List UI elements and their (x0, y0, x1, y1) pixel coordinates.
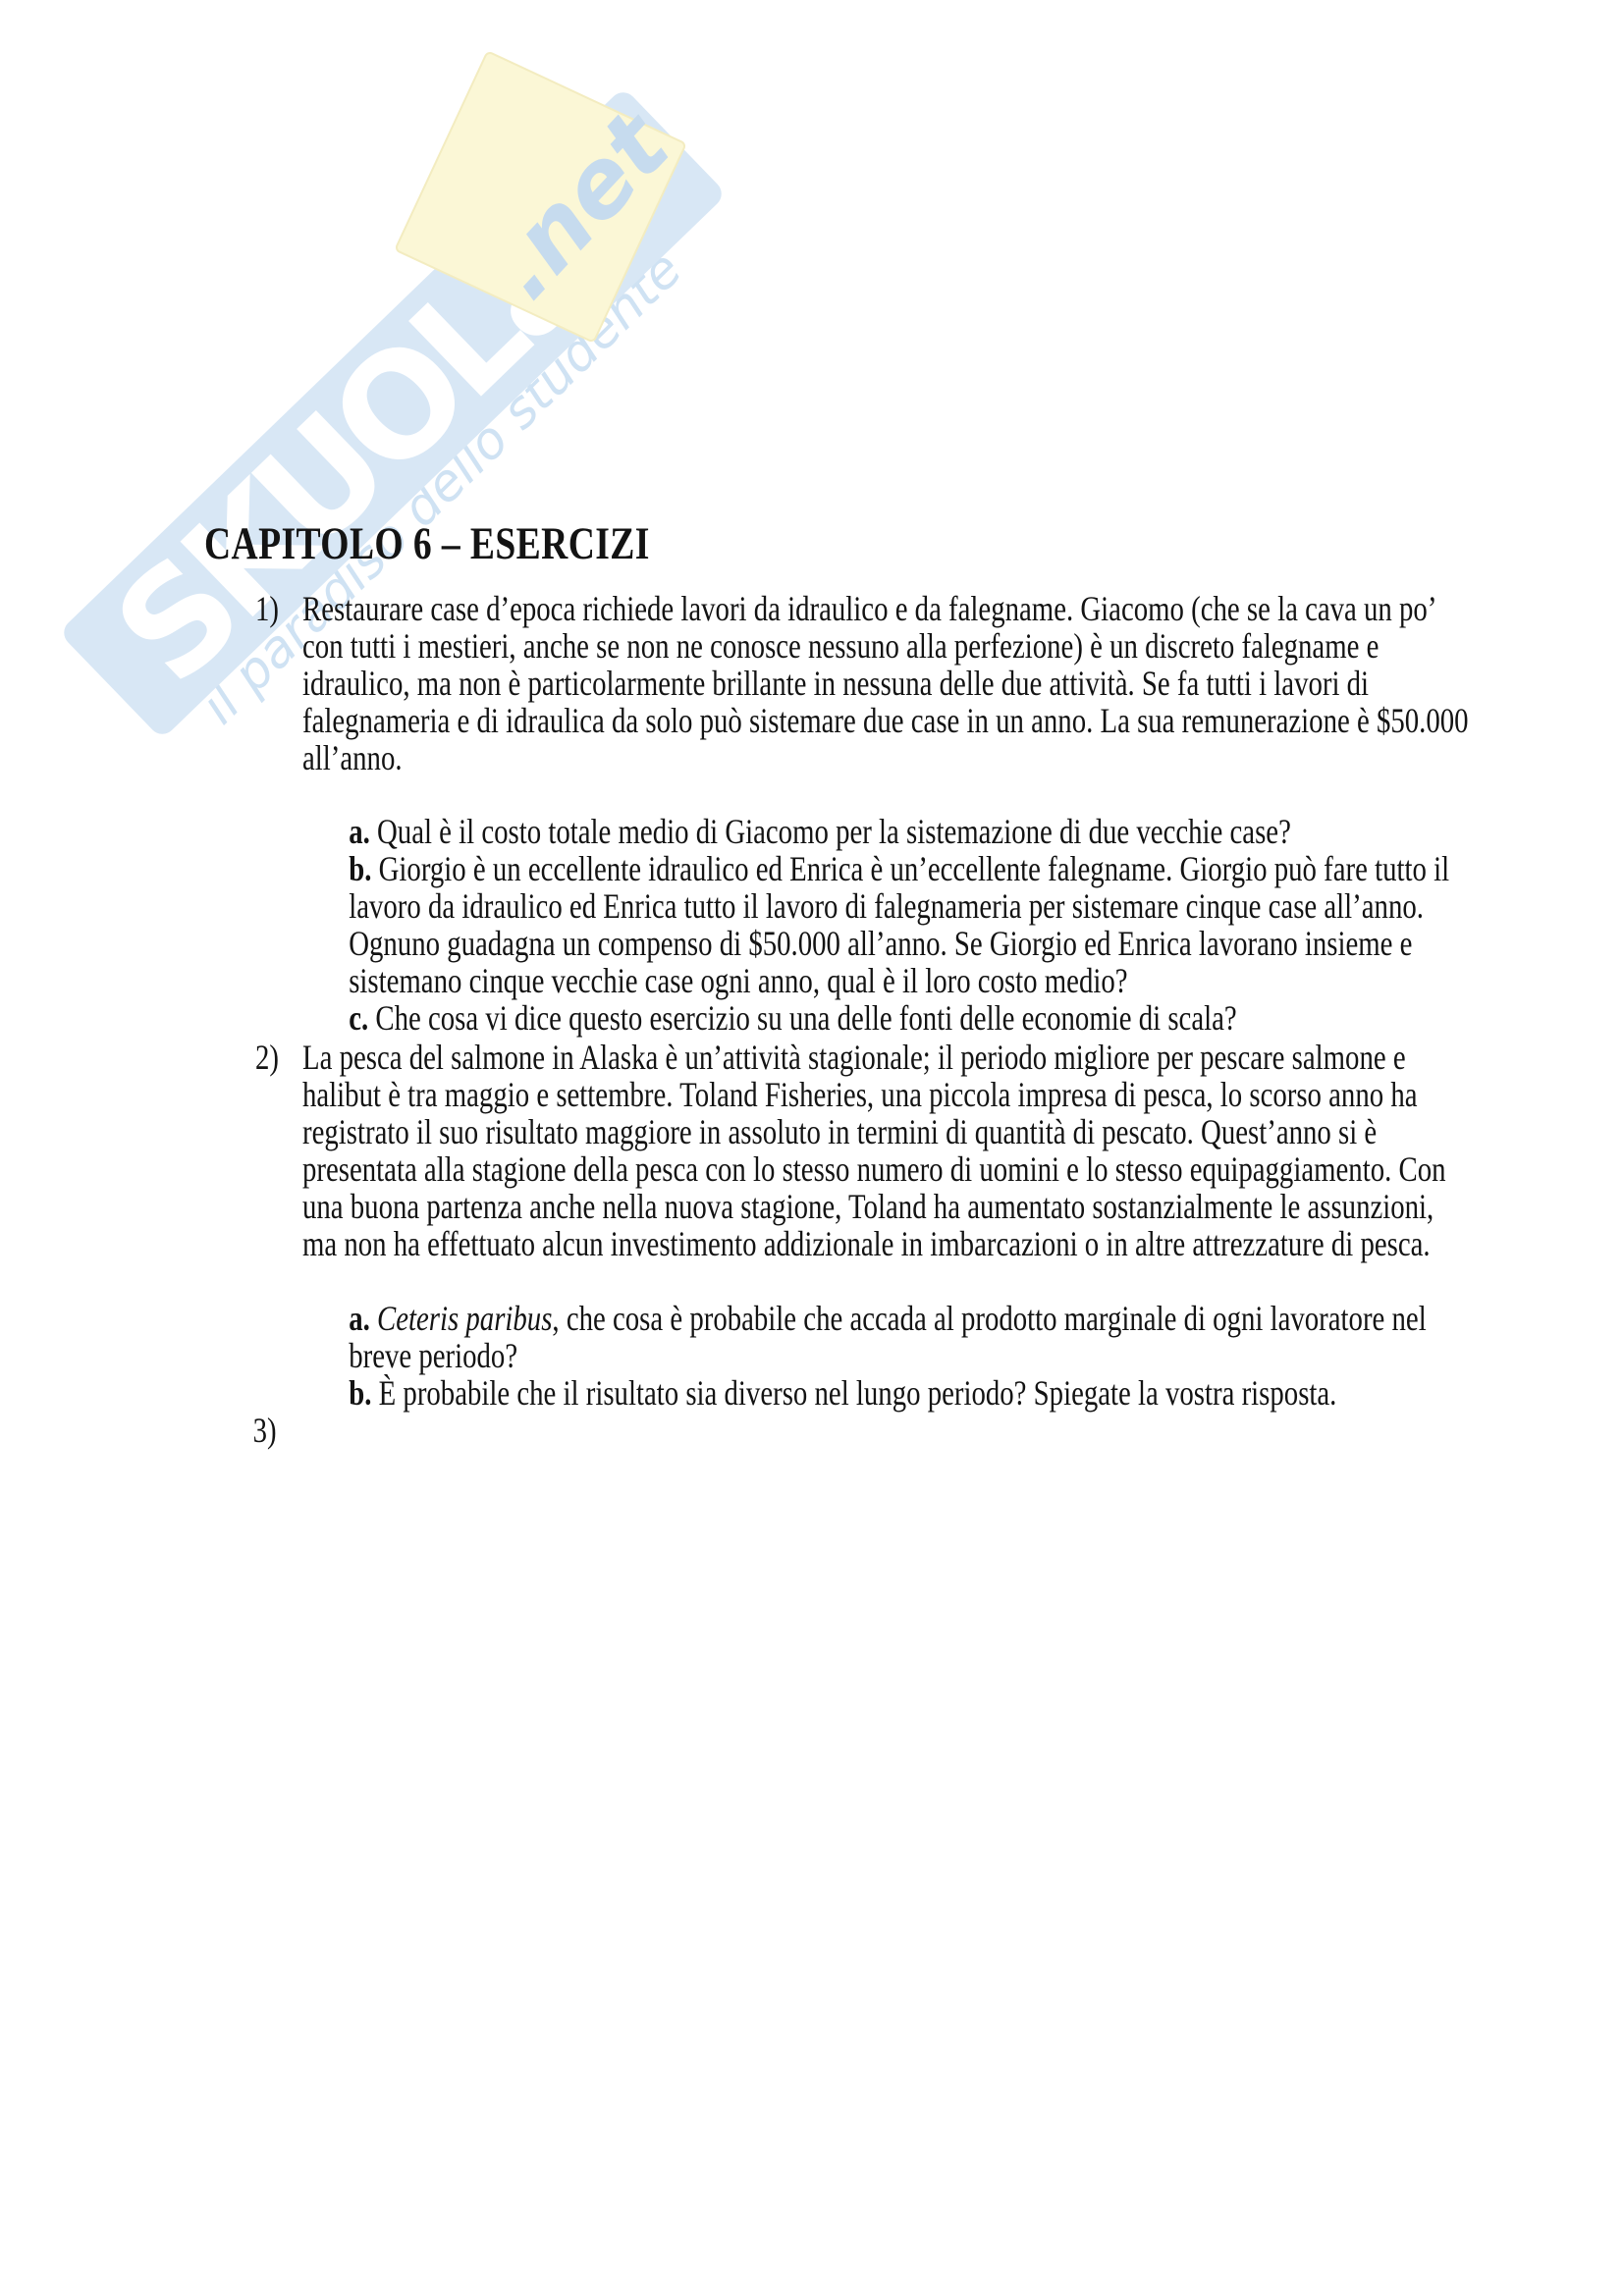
subquestion-1b-text: Giorgio è un eccellente idraulico ed Enr… (349, 849, 1449, 1000)
exercise-2: 2) La pesca del salmone in Alaska è un’a… (204, 1039, 1473, 1262)
exercise-3-number: 3) (253, 1411, 277, 1450)
watermark-net-text: .net (407, 31, 751, 382)
chapter-title: CAPITOLO 6 – ESERCIZI (204, 518, 1473, 569)
subquestion-1a: a. Qual è il costo totale medio di Giaco… (349, 813, 1473, 850)
document-page: il paradiso dello studente SKUOLa .net C… (0, 0, 1623, 2296)
subquestion-2b: b. È probabile che il risultato sia dive… (349, 1374, 1473, 1412)
subquestion-1b-label: b. (349, 849, 371, 888)
exercise-3: 3) (204, 1412, 1473, 1449)
subquestion-1a-label: a. (349, 812, 370, 851)
watermark-sticky-note (394, 50, 687, 344)
subquestion-2b-label: b. (349, 1373, 371, 1413)
document-content: CAPITOLO 6 – ESERCIZI 1) Restaurare case… (204, 518, 1473, 1449)
exercise-2-number: 2) (255, 1039, 279, 1076)
exercise-2-text: La pesca del salmone in Alaska è un’atti… (302, 1039, 1473, 1262)
exercise-2-subquestions: a. Ceteris paribus, che cosa è probabile… (349, 1300, 1473, 1412)
exercise-1: 1) Restaurare case d’epoca richiede lavo… (204, 590, 1473, 776)
subquestion-2a-label: a. (349, 1299, 370, 1338)
subquestion-1c-text: Che cosa vi dice questo esercizio su una… (375, 998, 1236, 1038)
subquestion-1a-text: Qual è il costo totale medio di Giacomo … (377, 812, 1291, 851)
exercise-1-number: 1) (255, 590, 279, 627)
subquestion-2a-latin-phrase: Ceteris paribus (377, 1299, 552, 1338)
exercise-1-subquestions: a. Qual è il costo totale medio di Giaco… (349, 813, 1473, 1037)
subquestion-1c-label: c. (349, 998, 368, 1038)
subquestion-2b-text: È probabile che il risultato sia diverso… (379, 1373, 1337, 1413)
subquestion-2a: a. Ceteris paribus, che cosa è probabile… (349, 1300, 1473, 1374)
exercise-1-text: Restaurare case d’epoca richiede lavori … (302, 590, 1473, 776)
subquestion-1c: c. Che cosa vi dice questo esercizio su … (349, 999, 1473, 1037)
subquestion-1b: b. Giorgio è un eccellente idraulico ed … (349, 850, 1473, 999)
